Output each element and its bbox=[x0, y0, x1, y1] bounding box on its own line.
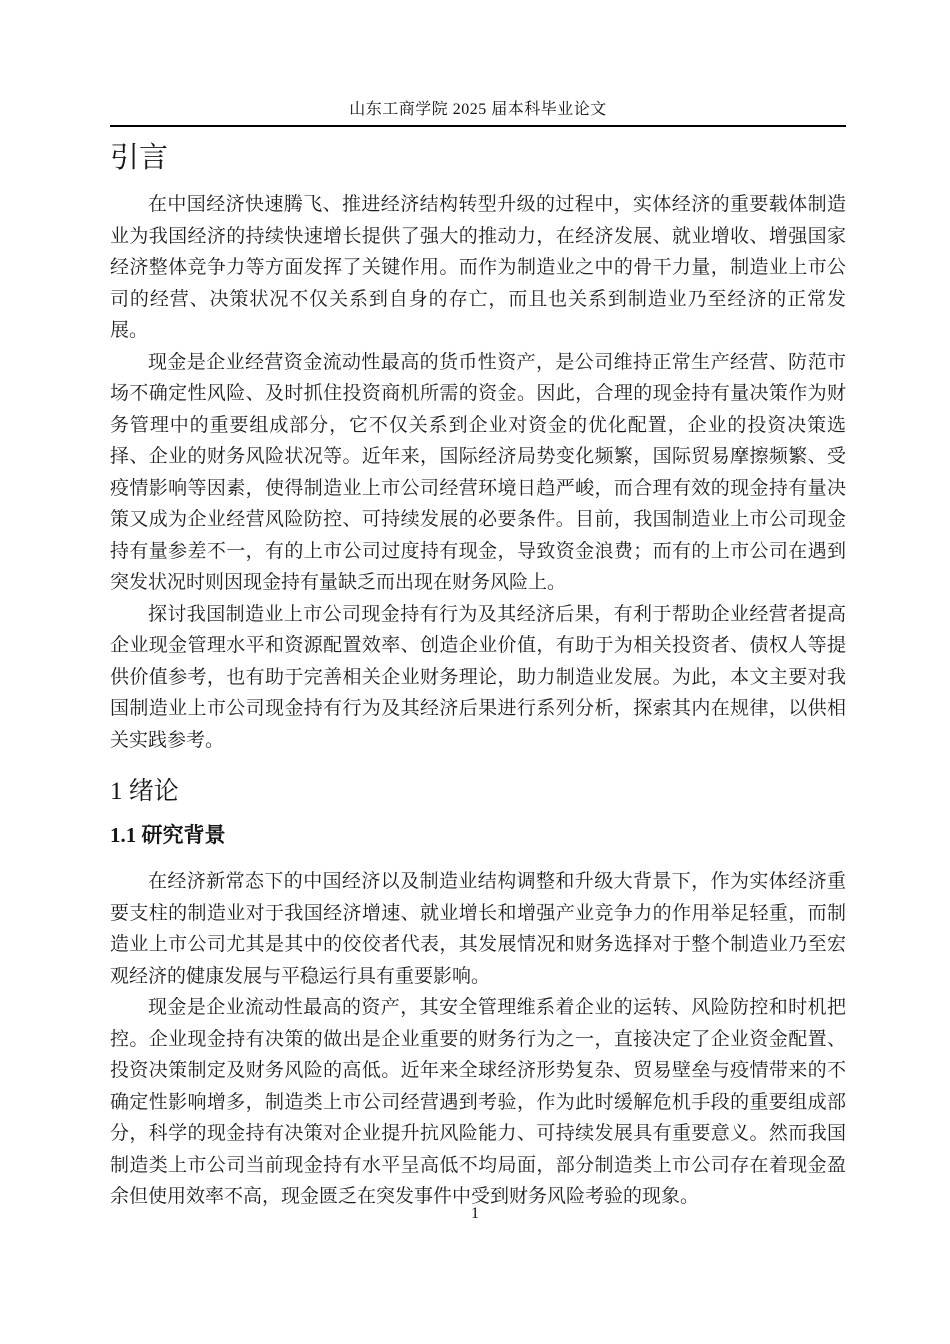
section-1-1-paragraph-1: 在经济新常态下的中国经济以及制造业结构调整和升级大背景下，作为实体经济重要支柱的… bbox=[110, 866, 846, 992]
section-1-1-heading: 1.1 研究背景 bbox=[110, 821, 846, 849]
intro-paragraph-1: 在中国经济快速腾飞、推进经济结构转型升级的过程中，实体经济的重要载体制造业为我国… bbox=[110, 189, 846, 347]
chapter-1-heading: 1 绪论 bbox=[110, 775, 846, 808]
page-content: 山东工商学院 2025 届本科毕业论文 引言 在中国经济快速腾飞、推进经济结构转… bbox=[110, 100, 846, 1213]
intro-heading: 引言 bbox=[110, 140, 846, 176]
running-head: 山东工商学院 2025 届本科毕业论文 bbox=[110, 100, 846, 127]
thesis-page: 山东工商学院 2025 届本科毕业论文 引言 在中国经济快速腾飞、推进经济结构转… bbox=[0, 0, 950, 1344]
intro-paragraph-3: 探讨我国制造业上市公司现金持有行为及其经济后果，有利于帮助企业经营者提高企业现金… bbox=[110, 599, 846, 757]
page-number: 1 bbox=[471, 1205, 479, 1222]
intro-paragraph-2: 现金是企业经营资金流动性最高的货币性资产，是公司维持正常生产经营、防范市场不确定… bbox=[110, 347, 846, 599]
section-1-1-paragraph-2: 现金是企业流动性最高的资产，其安全管理维系着企业的运转、风险防控和时机把控。企业… bbox=[110, 992, 846, 1213]
page-footer: 1 bbox=[0, 1205, 950, 1223]
